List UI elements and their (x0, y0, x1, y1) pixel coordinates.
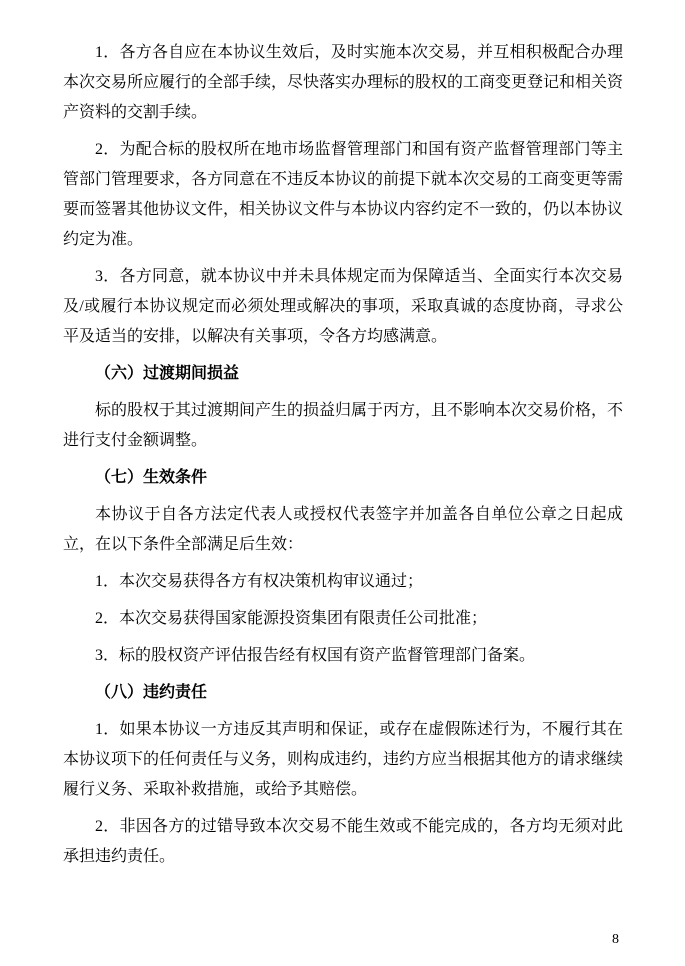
section-heading: （七）生效条件 (63, 463, 623, 493)
clause-paragraph: 标的股权于其过渡期间产生的损益归属于丙方，且不影响本次交易价格，不进行支付金额调… (63, 396, 623, 456)
list-item: 1．本次交易获得各方有权决策机构审议通过； (63, 567, 623, 597)
section-heading: （八）违约责任 (63, 678, 623, 708)
clause-paragraph: 2．非因各方的过错导致本次交易不能生效或不能完成的，各方均无须对此承担违约责任。 (63, 812, 623, 872)
clause-paragraph: 3．各方同意，就本协议中并未具体规定而为保障适当、全面实行本次交易及/或履行本协… (63, 262, 623, 352)
clause-paragraph: 本协议于自各方法定代表人或授权代表签字并加盖各自单位公章之日起成立，在以下条件全… (63, 500, 623, 560)
document-page: 1．各方各自应在本协议生效后，及时实施本次交易，并互相积极配合办理本次交易所应履… (0, 0, 685, 966)
page-number: 8 (612, 931, 619, 949)
clause-paragraph: 1．各方各自应在本协议生效后，及时实施本次交易，并互相积极配合办理本次交易所应履… (63, 38, 623, 128)
list-item: 2．本次交易获得国家能源投资集团有限责任公司批准； (63, 604, 623, 634)
clause-paragraph: 2．为配合标的股权所在地市场监督管理部门和国有资产监督管理部门等主管部门管理要求… (63, 135, 623, 255)
list-item: 3．标的股权资产评估报告经有权国有资产监督管理部门备案。 (63, 641, 623, 671)
section-heading: （六）过渡期间损益 (63, 359, 623, 389)
document-content: 1．各方各自应在本协议生效后，及时实施本次交易，并互相积极配合办理本次交易所应履… (63, 38, 623, 879)
clause-paragraph: 1．如果本协议一方违反其声明和保证，或存在虚假陈述行为，不履行其在本协议项下的任… (63, 715, 623, 805)
